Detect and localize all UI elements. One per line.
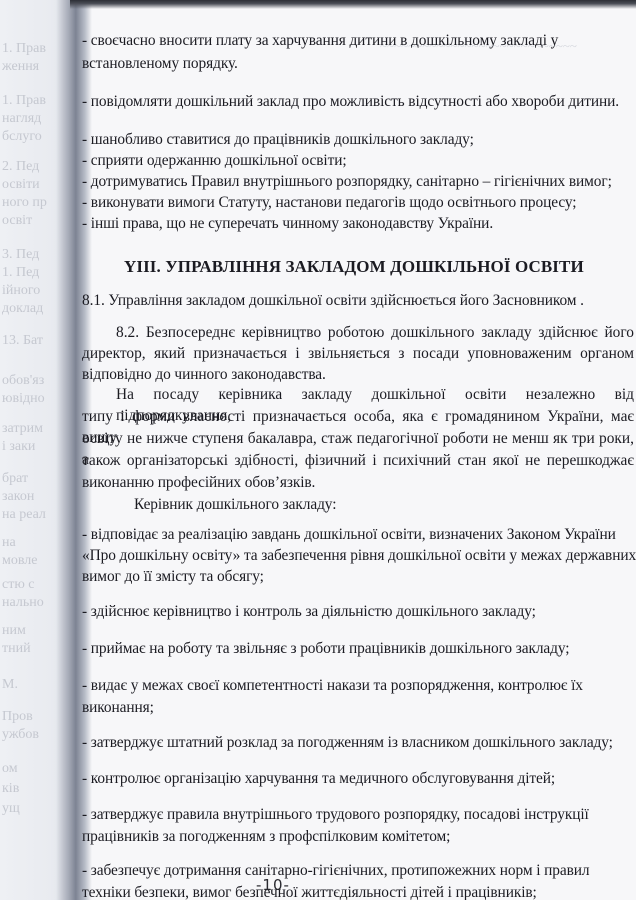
paragraph-8-2-line: директор, який призначається і звільняєт… bbox=[82, 343, 634, 364]
duty-item-cont: вимог до її змісту та обсягу; bbox=[82, 568, 264, 586]
duty-item-cont: виконання; bbox=[82, 699, 154, 717]
document-page: - своєчасно вносити плату за харчування … bbox=[82, 0, 636, 900]
paragraph-8-2-line: 8.2. Безпосереднє керівництво роботою до… bbox=[116, 322, 634, 343]
obligation-item-cont: встановленому порядку. bbox=[82, 55, 238, 73]
page-number: -10- bbox=[256, 876, 290, 894]
paragraph-8-1: 8.1. Управління закладом дошкільної осві… bbox=[82, 292, 584, 310]
duty-item: - затверджує штатний розклад за погоджен… bbox=[82, 734, 613, 752]
duty-item: - відповідає за реалізацію завдань дошкі… bbox=[82, 526, 616, 544]
duty-item-cont: працівників за погодженням з профспілков… bbox=[82, 828, 450, 846]
duty-item-cont: техніки безпеки, вимог безпечної життєді… bbox=[82, 884, 537, 900]
paragraph-8-2-line: відповідно до чинного законодавства. bbox=[82, 366, 326, 384]
obligation-item: - повідомляти дошкільний заклад про можл… bbox=[82, 93, 619, 111]
director-intro: Керівник дошкільного закладу: bbox=[134, 496, 336, 514]
obligation-item: - своєчасно вносити плату за харчування … bbox=[82, 32, 558, 50]
paragraph-head-line: виконанню професійних обов’язків. bbox=[82, 474, 315, 492]
duty-item: - видає у межах своєї компетентності нак… bbox=[82, 677, 583, 695]
rights-list-item: - сприяти одержанню дошкільної освіти; bbox=[82, 152, 347, 170]
rights-list-item: - інші права, що не суперечать чинному з… bbox=[82, 215, 493, 233]
duty-item: - забезпечує дотримання санітарно-гігієн… bbox=[82, 862, 589, 880]
duty-item: - затверджує правила внутрішнього трудов… bbox=[82, 806, 589, 824]
rights-list-item: - дотримуватись Правил внутрішнього розп… bbox=[82, 173, 612, 191]
duty-item: - контролює організацію харчування та ме… bbox=[82, 770, 555, 788]
rights-list-item: - шанобливо ставитися до працівників дош… bbox=[82, 131, 474, 149]
scanned-page: 1. Прав ження 1. Прав нагляд бслуго 2. П… bbox=[0, 0, 636, 900]
section-title: YIII. УПРАВЛІННЯ ЗАКЛАДОМ ДОШКІЛЬНОЇ ОСВ… bbox=[124, 257, 584, 277]
paragraph-head-line: також організаторські здібності, фізични… bbox=[82, 450, 634, 471]
rights-list-item: - виконувати вимоги Статуту, настанови п… bbox=[82, 194, 576, 212]
duty-item: - здійснює керівництво і контроль за дія… bbox=[82, 603, 536, 621]
duty-item: - приймає на роботу та звільняє з роботи… bbox=[82, 640, 569, 658]
duty-item-cont: «Про дошкільну освіту» та забезпечення р… bbox=[82, 547, 636, 565]
